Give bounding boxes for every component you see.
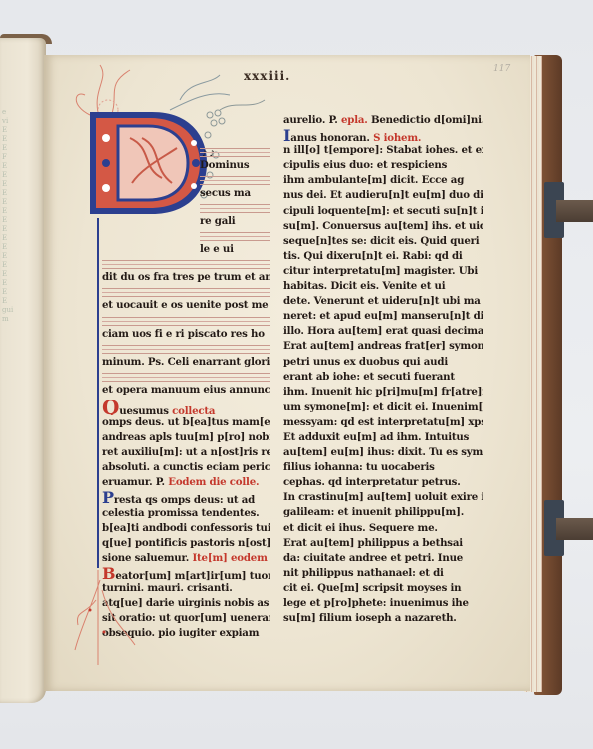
left-page-edge: e vi E E E F E E E E E E E E E E E E E E… xyxy=(0,38,46,703)
prose-line: b[ea]ti andbodi confessoris tui at xyxy=(102,521,270,536)
text-line: neret: et apud eu[m] manseru[n]t die xyxy=(283,309,483,324)
chant-line: secus ma xyxy=(200,186,270,201)
prose-text: resta qs omps deus: ut ad xyxy=(114,494,255,505)
prose-line: ret auxiliu[m]: ut a n[ost]ris reatibus xyxy=(102,445,270,460)
text-line: lege et p[ro]phete: inuenimus ihe xyxy=(283,596,483,611)
rubric: Eodem die colle. xyxy=(168,476,259,488)
text-line: filius iohanna: tu uocaberis xyxy=(283,460,483,475)
chant-line: re gali xyxy=(200,214,270,229)
text-line: cit ei. Que[m] scripsit moyses in xyxy=(283,581,483,596)
text-line: petri unus ex duobus qui audi xyxy=(283,355,483,370)
text-line: su[m] filium ioseph a nazareth. xyxy=(283,611,483,626)
text-line: um symone[m]: et dicit ei. Inuenim[us] xyxy=(283,400,483,415)
text-line: da: ciuitate andree et petri. Inue xyxy=(283,551,483,566)
text-line: et dicit ei ihus. Sequere me. xyxy=(283,521,483,536)
chant-line: minum. Ps. Celi enarrant gloriam dei: xyxy=(102,355,270,370)
text-line: illo. Hora au[tem] erat quasi decima. xyxy=(283,324,483,339)
text-line: Et adduxit eu[m] ad ihm. Intuitus xyxy=(283,430,483,445)
column-a: ♪ ♪ Dominus secus ma re gali le e ui dit… xyxy=(102,145,270,641)
prose-text: sione saluemur. xyxy=(102,552,189,564)
text-line: ihm ambulante[m] dicit. Ecce ag xyxy=(283,173,483,188)
clasp-lower-strap xyxy=(556,518,593,540)
text-line: au[tem] eu[m] ihus: dixit. Tu es symon xyxy=(283,445,483,460)
text-line: Erat au[tem] philippus a bethsai xyxy=(283,536,483,551)
text-line: galileam: et inuenit philippu[m]. xyxy=(283,505,483,520)
text-line: habitas. Dicit eis. Venite et ui xyxy=(283,279,483,294)
rubric: epla. xyxy=(341,114,368,126)
text-line: ihm. Inuenit hic p[ri]mu[m] fr[atre]m su xyxy=(283,385,483,400)
text-line: tis. Qui dixeru[n]t ei. Rabi: qd di xyxy=(283,249,483,264)
text: Benedictio d[omi]ni. G. xyxy=(368,114,483,126)
rubric: S iohem. xyxy=(373,132,421,143)
prose-line: andreas apls tuu[m] p[ro] nobis implo xyxy=(102,430,270,445)
folio-number: xxxiii. xyxy=(244,69,290,83)
blue-initial: P xyxy=(102,490,114,505)
chant-line: et opera manuum eius annunciat firma xyxy=(102,383,270,398)
text-line: cipuli loquente[m]: et secuti su[n]t ihe xyxy=(283,204,483,219)
prose-line: q[ue] pontificis pastoris n[ost]ri inter… xyxy=(102,536,270,551)
penwork-flourish-bottom-icon xyxy=(70,570,150,665)
text: aurelio. P. xyxy=(283,114,341,126)
text-line: Erat au[tem] andreas frat[er] symonis xyxy=(283,339,483,354)
chant-line: dit du os fra tres pe trum et andream xyxy=(102,270,270,285)
text-line: nit philippus nathanael: et di xyxy=(283,566,483,581)
text-line: dete. Venerunt et uideru[n]t ubi ma xyxy=(283,294,483,309)
text-line: seque[n]tes se: dicit eis. Quid queri xyxy=(283,234,483,249)
prose-text: uesumus xyxy=(119,405,169,415)
text-line: citur interpretatu[m] magister. Ubi xyxy=(283,264,483,279)
text: anus honoran. xyxy=(290,132,373,143)
chant-line: ciam uos fi e ri piscato res ho xyxy=(102,327,270,342)
chant-line: et uocauit e os uenite post me fa xyxy=(102,298,270,313)
text-line: n ill[o] t[empore]: Stabat iohes. et ex … xyxy=(283,143,483,158)
text-line: nus dei. Et audieru[n]t eu[m] duo dis xyxy=(283,188,483,203)
rubric: collecta xyxy=(172,405,215,415)
chant-line: le e ui xyxy=(200,242,270,257)
column-b: aurelio. P. epla. Benedictio d[omi]ni. G… xyxy=(283,113,483,626)
prose-line: celestia promissa tendentes. xyxy=(102,506,270,521)
text-line: cipulis eius duo: et respiciens xyxy=(283,158,483,173)
text-line: In crastinu[m] au[tem] uoluit exire in xyxy=(283,490,483,505)
text-line: cephas. qd interpretatur petrus. xyxy=(283,475,483,490)
rubric: Ite[m] eodem die. xyxy=(192,552,270,564)
red-initial: Q xyxy=(102,400,119,415)
text-line: erant ab iohe: et secuti fuerant xyxy=(283,370,483,385)
pencil-foliation: 117 xyxy=(493,64,510,74)
prose-line: absoluti. a cunctis eciam periculis xyxy=(102,460,270,475)
text-line: messyam: qd est interpretatu[m] xps. xyxy=(283,415,483,430)
text-line: su[m]. Conuersus au[tem] ihs. et uide[n]… xyxy=(283,219,483,234)
blue-margin-rule xyxy=(97,218,99,568)
left-page-ghost-text: e vi E E E F E E E E E E E E E E E E E E… xyxy=(2,108,20,324)
prose-text: eruamur. P. xyxy=(102,476,165,488)
clasp-upper-strap xyxy=(556,200,593,222)
prose-line: omps deus. ut b[ea]tus mam[en] xyxy=(102,415,270,430)
